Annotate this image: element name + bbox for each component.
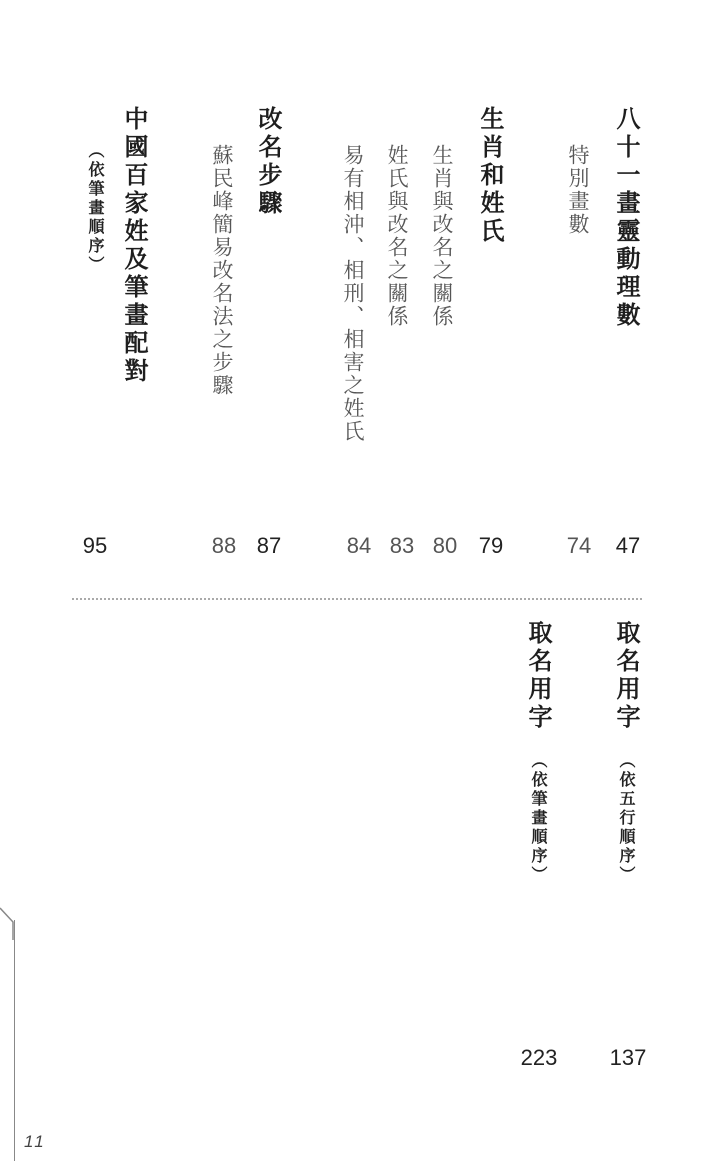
toc-chapter-renaming-steps[interactable]: 改名步驟	[256, 106, 280, 218]
dotted-divider	[72, 598, 642, 600]
toc-section-zodiac-renaming[interactable]: 生肖與改名之關係	[431, 144, 452, 328]
toc-note-by-stroke-order: （依筆畫順序）	[87, 142, 103, 275]
page-ref-83[interactable]: 83	[377, 535, 427, 557]
page-number: 11	[24, 1132, 46, 1152]
page-ref-80[interactable]: 80	[420, 535, 470, 557]
toc-note-by-five-elements: （依五行順序）	[618, 752, 634, 885]
toc-chapter-81-strokes[interactable]: 八十一畫靈動理數	[614, 106, 638, 330]
page-ref-223[interactable]: 223	[514, 1047, 564, 1069]
page-ref-88[interactable]: 88	[199, 535, 249, 557]
toc-section-clashing-surnames[interactable]: 易有相沖、相刑、相害之姓氏	[342, 144, 363, 443]
toc-section-special-strokes[interactable]: 特別畫數	[567, 144, 588, 236]
page-ref-87[interactable]: 87	[244, 535, 294, 557]
page-ref-84[interactable]: 84	[334, 535, 384, 557]
page-ref-74[interactable]: 74	[554, 535, 604, 557]
toc-section-surname-renaming[interactable]: 姓氏與改名之關係	[386, 144, 407, 328]
toc-note-by-stroke-order-2: （依筆畫順序）	[530, 752, 546, 885]
toc-chapter-zodiac-surnames[interactable]: 生肖和姓氏	[478, 106, 502, 246]
page-ref-79[interactable]: 79	[466, 535, 516, 557]
page-ref-137[interactable]: 137	[603, 1047, 653, 1069]
toc-chapter-name-chars-five-elements[interactable]: 取名用字	[614, 620, 638, 732]
page-ref-95[interactable]: 95	[70, 535, 120, 557]
page-ref-47[interactable]: 47	[603, 535, 653, 557]
toc-chapter-name-chars-strokes[interactable]: 取名用字	[526, 620, 550, 732]
toc-chapter-hundred-surnames[interactable]: 中國百家姓及筆畫配對	[122, 106, 146, 386]
page-tab-edge	[0, 920, 15, 1161]
toc-section-simple-renaming-method[interactable]: 蘇民峰簡易改名法之步驟	[211, 144, 232, 397]
